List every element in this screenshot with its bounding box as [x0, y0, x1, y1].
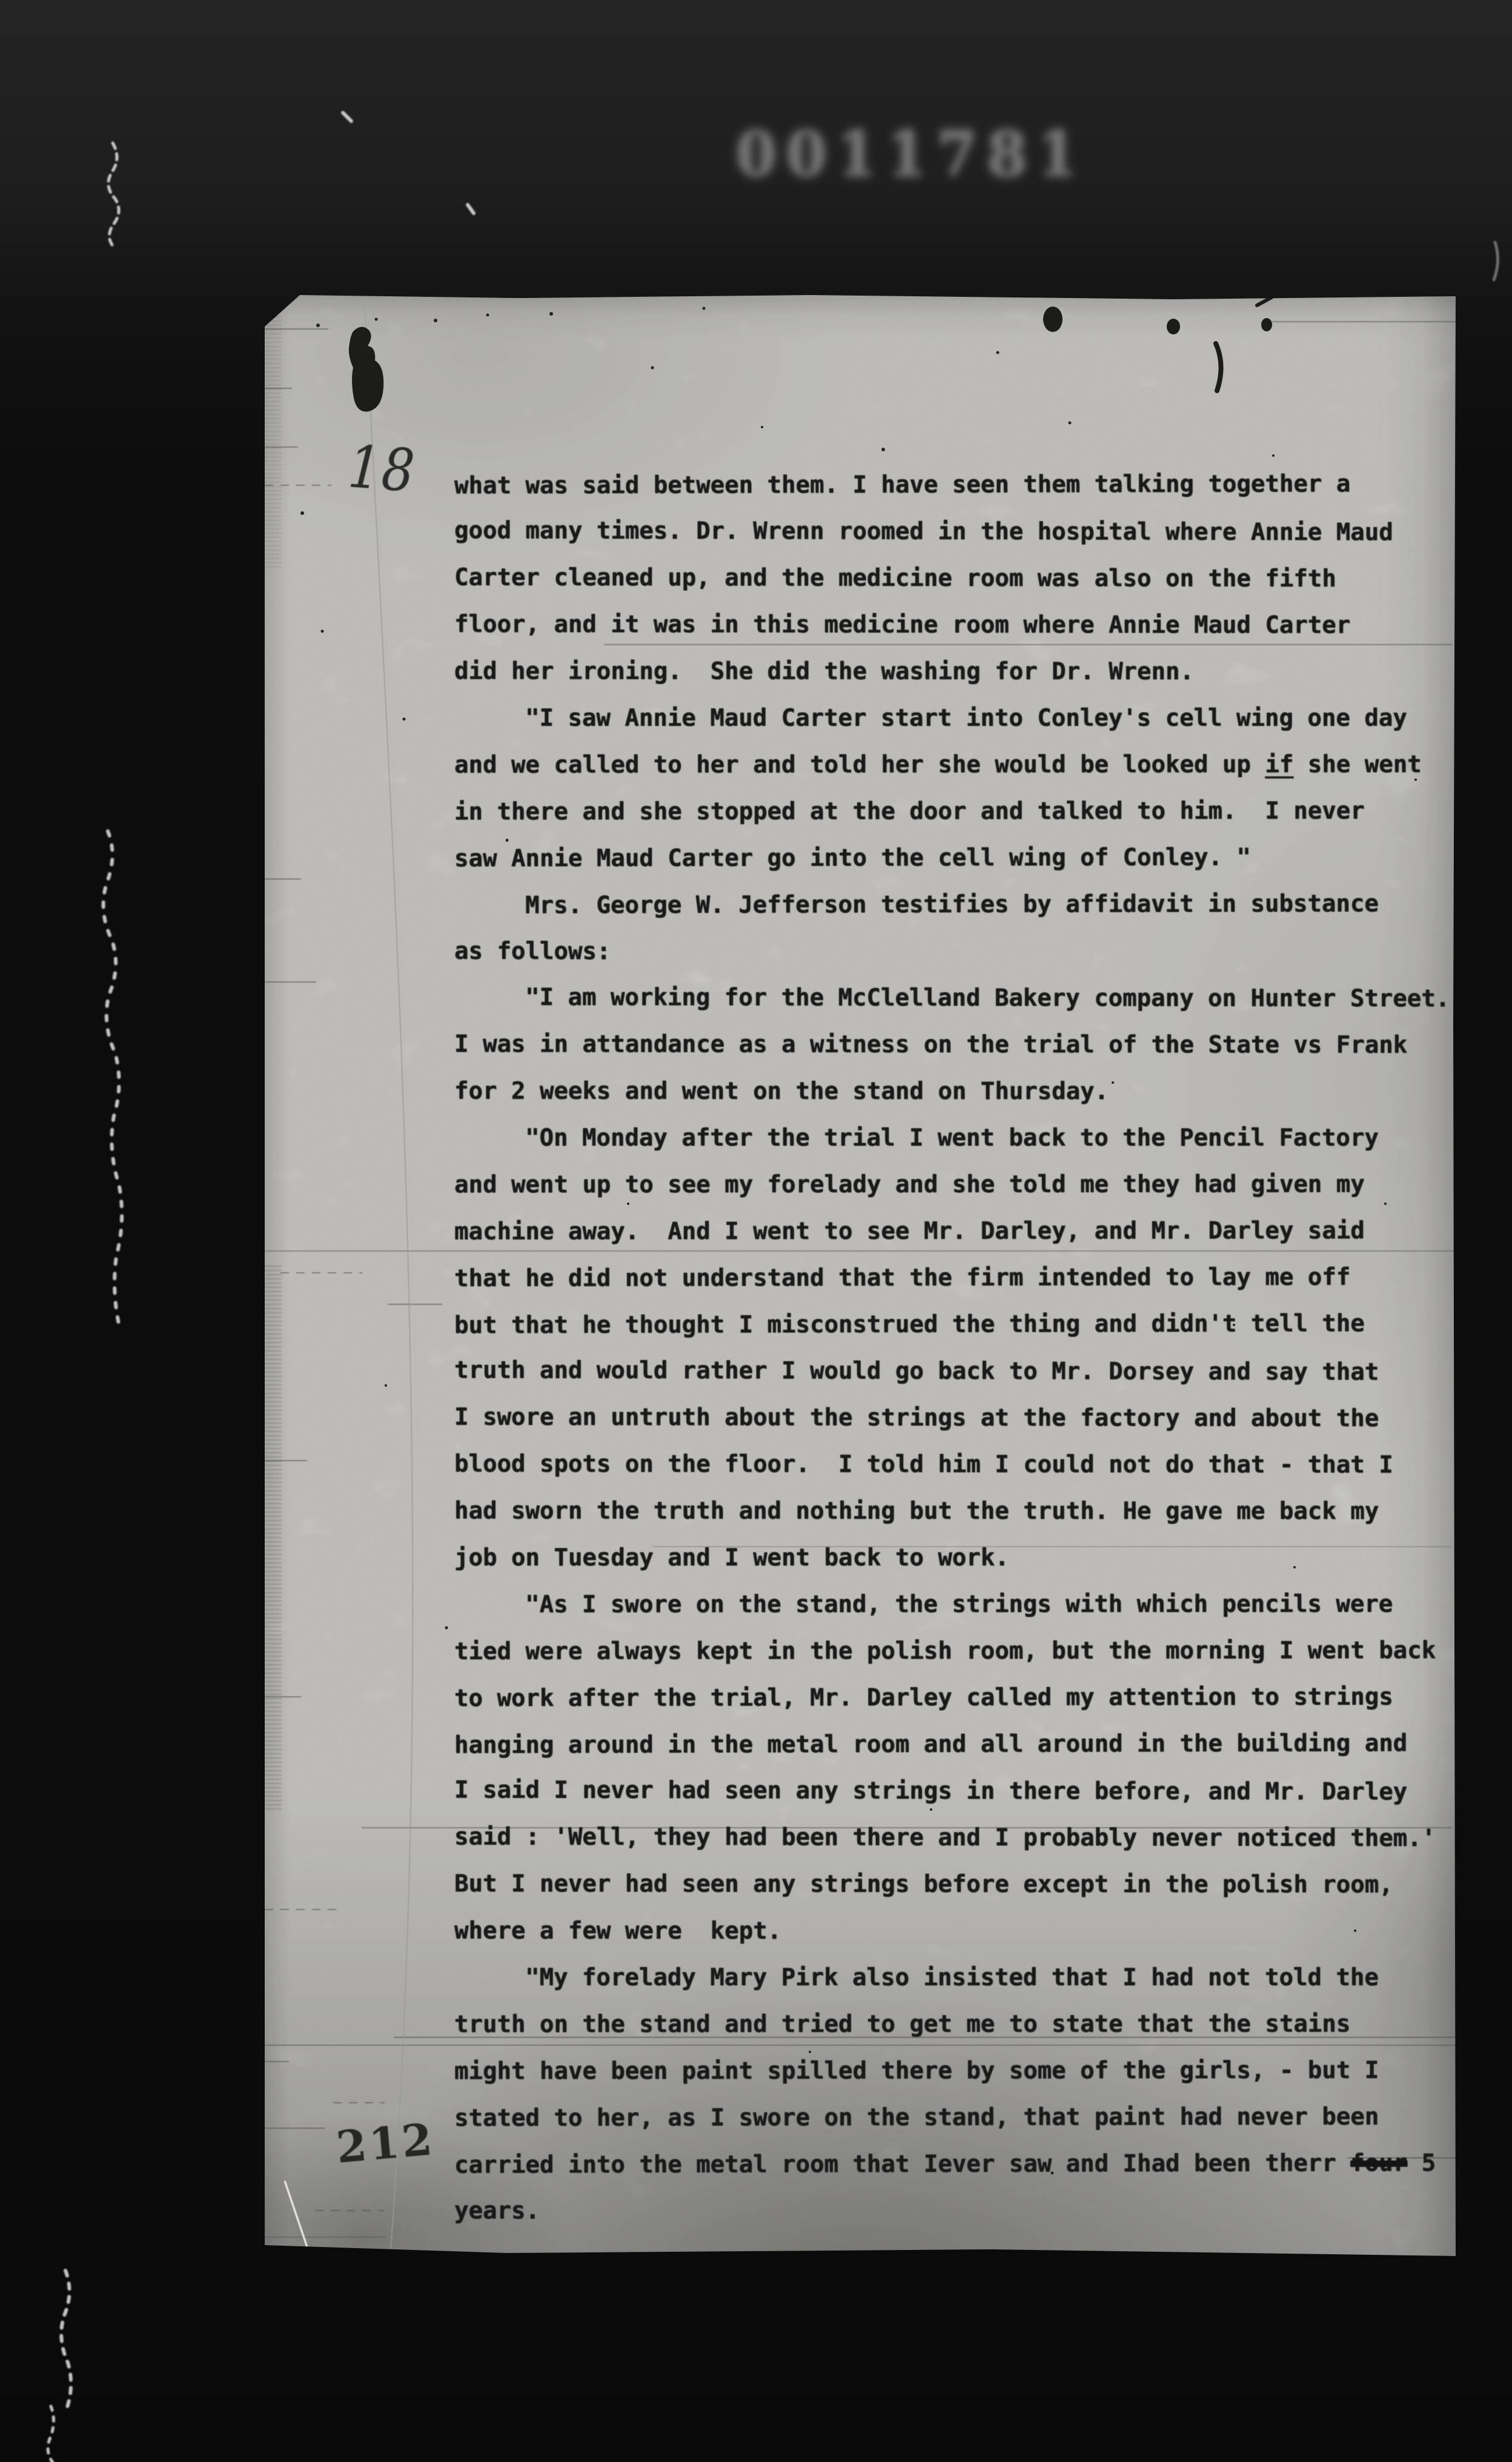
- edge-scratch: [48, 2406, 53, 2462]
- ruled-line: [315, 2210, 385, 2211]
- typed-line-11: as follows:: [454, 927, 611, 975]
- edge-scratch: [104, 831, 122, 1329]
- ruled-line: [265, 878, 301, 880]
- typed-line-19: but that he thought I misconstrued the t…: [454, 1300, 1365, 1349]
- typed-line-25: "As I swore on the stand, the strings wi…: [454, 1581, 1393, 1628]
- typed-line-33: "My forelady Mary Pirk also insisted tha…: [454, 1954, 1379, 2001]
- typed-line-21: I swore an untruth about the strings at …: [454, 1393, 1379, 1441]
- typed-line-26: tied were always kept in the polish room…: [454, 1627, 1436, 1675]
- typed-line-4: floor, and it was in this medicine room …: [454, 601, 1350, 649]
- edge-scratch: [108, 143, 119, 247]
- faint-serial-stamp: 0011781: [736, 118, 1087, 190]
- typed-line-7: and we called to her and told her she wo…: [454, 741, 1422, 788]
- typed-line-29: I said I never had seen any strings in t…: [454, 1767, 1407, 1815]
- edge-scratch: [343, 113, 351, 121]
- typed-line-22: blood spots on the floor. I told him I c…: [454, 1441, 1393, 1488]
- typed-line-14: for 2 weeks and went on the stand on Thu…: [454, 1067, 1109, 1115]
- typed-line-27: to work after the trial, Mr. Darley call…: [454, 1673, 1393, 1721]
- typed-line-17: machine away. And I went to see Mr. Darl…: [454, 1207, 1365, 1255]
- ruled-line: [265, 981, 316, 983]
- edge-scratch: [1494, 242, 1498, 280]
- pencil-page-number: 18: [346, 433, 417, 505]
- typed-line-32: where a few were kept.: [454, 1907, 781, 1954]
- typed-line-2: good many times. Dr. Wrenn roomed in the…: [454, 507, 1393, 556]
- ruled-line: [265, 2128, 325, 2129]
- typed-line-6: "I saw Annie Maud Carter start into Conl…: [454, 695, 1407, 742]
- typed-line-3: Carter cleaned up, and the medicine room…: [454, 554, 1336, 602]
- typed-line-35: might have been paint spilled there by s…: [454, 2047, 1379, 2095]
- typed-line-30: said : 'Well, they had been there and I …: [454, 1813, 1436, 1862]
- typed-line-28: hanging around in the metal room and all…: [454, 1720, 1407, 1768]
- edge-scratch: [61, 2271, 71, 2412]
- typed-line-38: years.: [454, 2187, 540, 2234]
- typed-line-18: that he did not understand that the firm…: [454, 1253, 1350, 1301]
- ruled-line: [265, 2237, 386, 2238]
- ruled-line: [333, 2102, 385, 2103]
- ink-stroke: [1257, 297, 1272, 305]
- typed-line-34: truth on the stand and tried to get me t…: [454, 2000, 1350, 2048]
- typed-line-9: saw Annie Maud Carter go into the cell w…: [454, 834, 1251, 881]
- typed-line-20: truth and would rather I would go back t…: [454, 1347, 1379, 1395]
- typed-line-13: I was in attandance as a witness on the …: [454, 1021, 1407, 1069]
- edge-scratch: [468, 205, 474, 213]
- edge-striation: [265, 313, 282, 568]
- ruled-line: [265, 2061, 289, 2062]
- ruled-line: [1272, 321, 1456, 322]
- typed-line-23: had sworn the truth and nothing but the …: [454, 1487, 1379, 1535]
- typed-line-12: "I am working for the McClelland Bakery …: [454, 974, 1450, 1022]
- typed-line-24: job on Tuesday and I went back to work.: [454, 1535, 1009, 1581]
- typed-line-10: Mrs. George W. Jefferson testifies by af…: [454, 880, 1379, 929]
- ruled-line: [280, 1272, 362, 1273]
- vertical-crease: [365, 298, 413, 2249]
- typed-line-37: carried into the metal room that Iever s…: [454, 2140, 1436, 2188]
- ink-blot: [349, 307, 1272, 411]
- white-scratch: [285, 2181, 308, 2251]
- document-page: 18 212 what was said between them. I hav…: [265, 295, 1456, 2258]
- struck-word: four: [1350, 2149, 1407, 2177]
- edge-striation: [265, 1264, 282, 1810]
- ruled-line: [388, 1304, 442, 1305]
- page-number-stamp: 212: [334, 2113, 437, 2173]
- typed-line-5: did her ironing. She did the washing for…: [454, 648, 1194, 695]
- typed-line-8: in there and she stopped at the door and…: [454, 788, 1365, 835]
- typed-line-1: what was said between them. I have seen …: [454, 460, 1350, 509]
- microfilm-frame: 0011781: [0, 0, 1512, 2462]
- ink-stroke: [1216, 343, 1221, 391]
- typed-line-16: and went up to see my forelady and she t…: [454, 1161, 1365, 1208]
- typed-line-15: "On Monday after the trial I went back t…: [454, 1115, 1379, 1161]
- ruled-line: [265, 1909, 337, 1910]
- typed-line-31: But I never had seen any strings before …: [454, 1860, 1393, 1908]
- underlined-word: if: [1265, 751, 1293, 778]
- typed-line-36: stated to her, as I swore on the stand, …: [454, 2093, 1379, 2141]
